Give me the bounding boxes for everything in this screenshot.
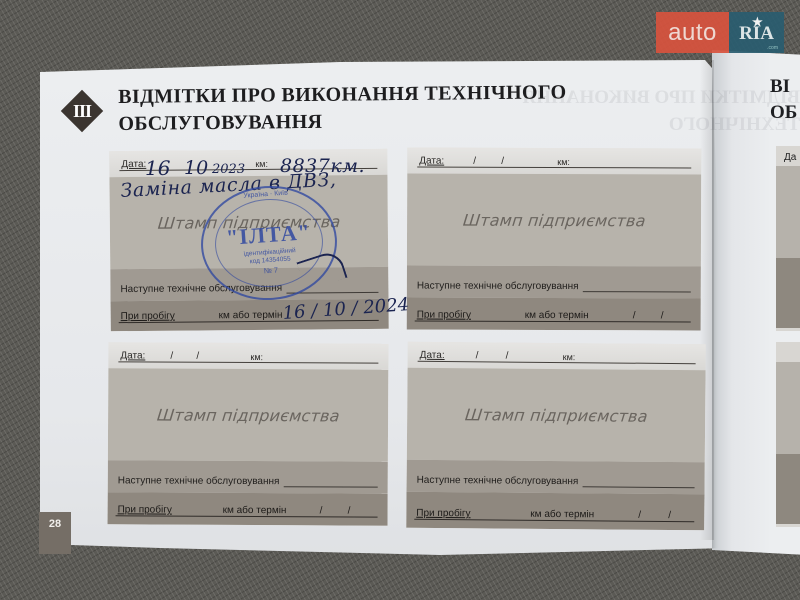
section-title: ВІДМІТКИ ПРО ВИКОНАННЯ ТЕХНІЧНОГО ОБСЛУГ… (118, 79, 567, 138)
date-separator: / (196, 351, 199, 362)
next-page-card-stamp-area (776, 166, 800, 258)
service-record-card: Дата: / / км: Штамп підприємства Наступн… (108, 342, 389, 525)
next-service-line (583, 486, 695, 488)
at-mileage-label: При пробігу (121, 311, 175, 322)
service-record-card: Дата: / / км: Штамп підприємства Наступн… (407, 147, 702, 330)
next-page-card-date-label: Да (784, 152, 796, 163)
page-number: 28 (41, 518, 69, 530)
date-label: Дата: (121, 159, 146, 170)
date-label: Дата: (120, 350, 145, 361)
mileage-row: При пробігу км або термін / / (407, 297, 701, 330)
term-separator: / (661, 310, 664, 321)
stamp-area: Штамп підприємства (407, 368, 706, 463)
next-page-card-footer (776, 258, 800, 328)
stamp-area: Штамп підприємства (108, 368, 388, 461)
km-or-term-label: км або термін (223, 505, 287, 516)
section-title-line1: ВІДМІТКИ ПРО ВИКОНАННЯ ТЕХНІЧНОГО (118, 79, 567, 111)
next-page-card (776, 342, 800, 527)
term-separator: / (633, 310, 636, 321)
at-mileage-label: При пробігу (417, 310, 471, 321)
watermark-domain-suffix: .com (767, 45, 778, 51)
term-separator: / (320, 505, 323, 516)
at-mileage-label: При пробігу (416, 508, 470, 519)
km-or-term-label: км або термін (219, 310, 283, 322)
watermark-ria-block: ★ RIA .com (729, 12, 784, 53)
stamp-placeholder: Штамп підприємства (156, 405, 341, 425)
next-service-label: Наступне технічне обслуговування (417, 281, 579, 293)
date-separator: / (170, 351, 173, 362)
mileage-row: При пробігу км або термін / / (108, 492, 388, 525)
next-page-card-stamp-area (776, 362, 800, 454)
stamp-placeholder: Штамп підприємства (464, 405, 649, 426)
date-label: Дата: (420, 350, 445, 361)
date-line (418, 361, 696, 364)
mileage-row: При пробігу км або термін / / (406, 492, 704, 531)
next-service-label: Наступне технічне обслуговування (118, 475, 280, 487)
next-service-row: Наступне технічне обслуговування (407, 460, 705, 495)
service-record-card: Дата: / / км: Штамп підприємства Наступн… (406, 342, 706, 531)
date-line (118, 361, 378, 363)
km-label: км: (557, 157, 570, 167)
watermark-auto-text: auto (656, 12, 729, 53)
km-label: км: (250, 352, 263, 362)
km-or-term-label: км або термін (530, 509, 594, 521)
autoria-watermark: auto ★ RIA .com (656, 12, 784, 53)
next-page-card-footer (776, 454, 800, 524)
stamp-placeholder: Штамп підприємства (462, 210, 647, 230)
date-row: Дата: / / км: (407, 147, 701, 174)
term-separator: / (668, 510, 671, 521)
next-service-line (284, 486, 378, 487)
section-numeral: III (61, 90, 103, 132)
next-service-label: Наступне технічне обслуговування (417, 475, 579, 487)
date-row: Дата: / / км: (408, 342, 706, 371)
km-label: км: (255, 159, 268, 169)
next-page-card: Да (776, 146, 800, 331)
at-mileage-label: При пробігу (118, 504, 172, 515)
date-row: Дата: / / км: (108, 342, 388, 369)
next-service-row: Наступне технічне обслуговування (108, 460, 388, 493)
km-or-term-label: км або термін (525, 310, 589, 321)
handwritten-day: 16 (145, 156, 170, 180)
date-line (417, 167, 691, 169)
date-separator: / (501, 156, 504, 167)
date-label: Дата: (419, 156, 444, 167)
next-service-line (583, 291, 691, 292)
star-icon: ★ (752, 15, 763, 30)
term-separator: / (638, 510, 641, 521)
next-service-row: Наступне технічне обслуговування (407, 265, 701, 298)
term-separator: / (348, 506, 351, 517)
stamp-area: Штамп підприємства (407, 173, 701, 266)
section-badge: III (61, 90, 103, 132)
date-separator: / (506, 351, 509, 362)
km-label: км: (563, 352, 576, 362)
date-separator: / (473, 156, 476, 167)
date-separator: / (476, 350, 479, 361)
section-title-line2: ОБСЛУГОВУВАННЯ (118, 106, 567, 138)
